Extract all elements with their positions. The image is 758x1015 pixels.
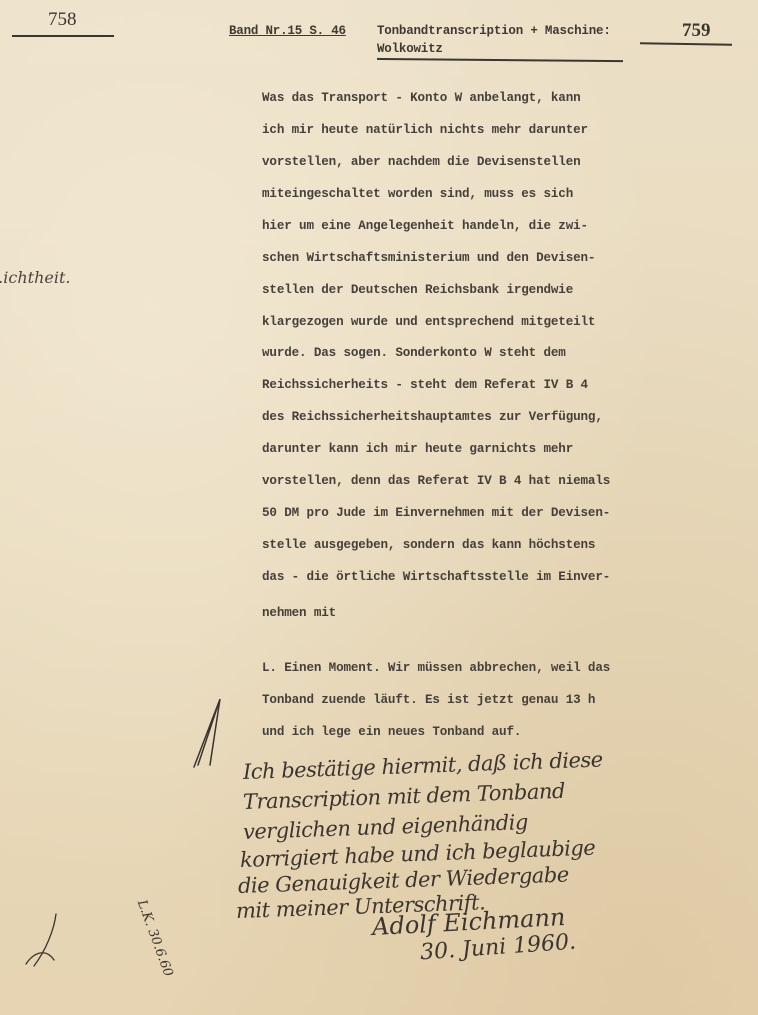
- body-line: Tonband zuende läuft. Es ist jetzt genau…: [262, 693, 595, 707]
- initial-mark-icon: [20, 910, 60, 970]
- body-line: schen Wirtschaftsministerium und den Dev…: [262, 251, 595, 265]
- document-page: 758 759 Band Nr.15 S. 46 Tonbandtranscri…: [0, 0, 758, 1015]
- page-number-left: 758: [48, 9, 77, 31]
- body-line: Reichssicherheits - steht dem Referat IV…: [262, 378, 588, 392]
- header-typist: Wolkowitz: [377, 42, 443, 56]
- body-line: Was das Transport - Konto W anbelangt, k…: [262, 91, 581, 105]
- body-line: ich mir heute natürlich nichts mehr daru…: [262, 123, 588, 137]
- body-line: L. Einen Moment. Wir müssen abbrechen, w…: [262, 661, 610, 675]
- body-line: stelle ausgegeben, sondern das kann höch…: [262, 538, 595, 552]
- body-line: miteingeschaltet worden sind, muss es si…: [262, 187, 573, 201]
- header-title: Tonbandtranscription + Maschine:: [377, 24, 611, 38]
- margin-note-fragment: ...ichtheit.: [0, 268, 70, 287]
- margin-arrow-mark-icon: [190, 695, 230, 775]
- body-line: das - die örtliche Wirtschaftsstelle im …: [262, 570, 610, 584]
- body-line: vorstellen, denn das Referat IV B 4 hat …: [262, 474, 610, 488]
- body-line: vorstellen, aber nachdem die Devisenstel…: [262, 155, 581, 169]
- tape-reference: Band Nr.15 S. 46: [229, 24, 346, 38]
- body-line: des Reichssicherheitshauptamtes zur Verf…: [262, 410, 603, 424]
- body-line: klargezogen wurde und entsprechend mitge…: [262, 315, 595, 329]
- body-line: hier um eine Angelegenheit handeln, die …: [262, 219, 588, 233]
- body-line: wurde. Das sogen. Sonderkonto W steht de…: [262, 346, 566, 360]
- body-line: 50 DM pro Jude im Einvernehmen mit der D…: [262, 506, 610, 520]
- page-number-left-underline: [12, 35, 114, 37]
- initials-date-note: L.K. 30.6.60: [134, 898, 176, 979]
- body-line: stellen der Deutschen Reichsbank irgendw…: [262, 283, 573, 297]
- certification-line: Transcription mit dem Tonband: [243, 779, 566, 814]
- header-underline: [377, 58, 623, 62]
- body-line: und ich lege ein neues Tonband auf.: [262, 725, 521, 739]
- body-line: darunter kann ich mir heute garnichts me…: [262, 442, 573, 456]
- page-number-right-underline: [640, 42, 732, 46]
- page-number-right: 759: [682, 20, 711, 42]
- body-line: nehmen mit: [262, 606, 336, 620]
